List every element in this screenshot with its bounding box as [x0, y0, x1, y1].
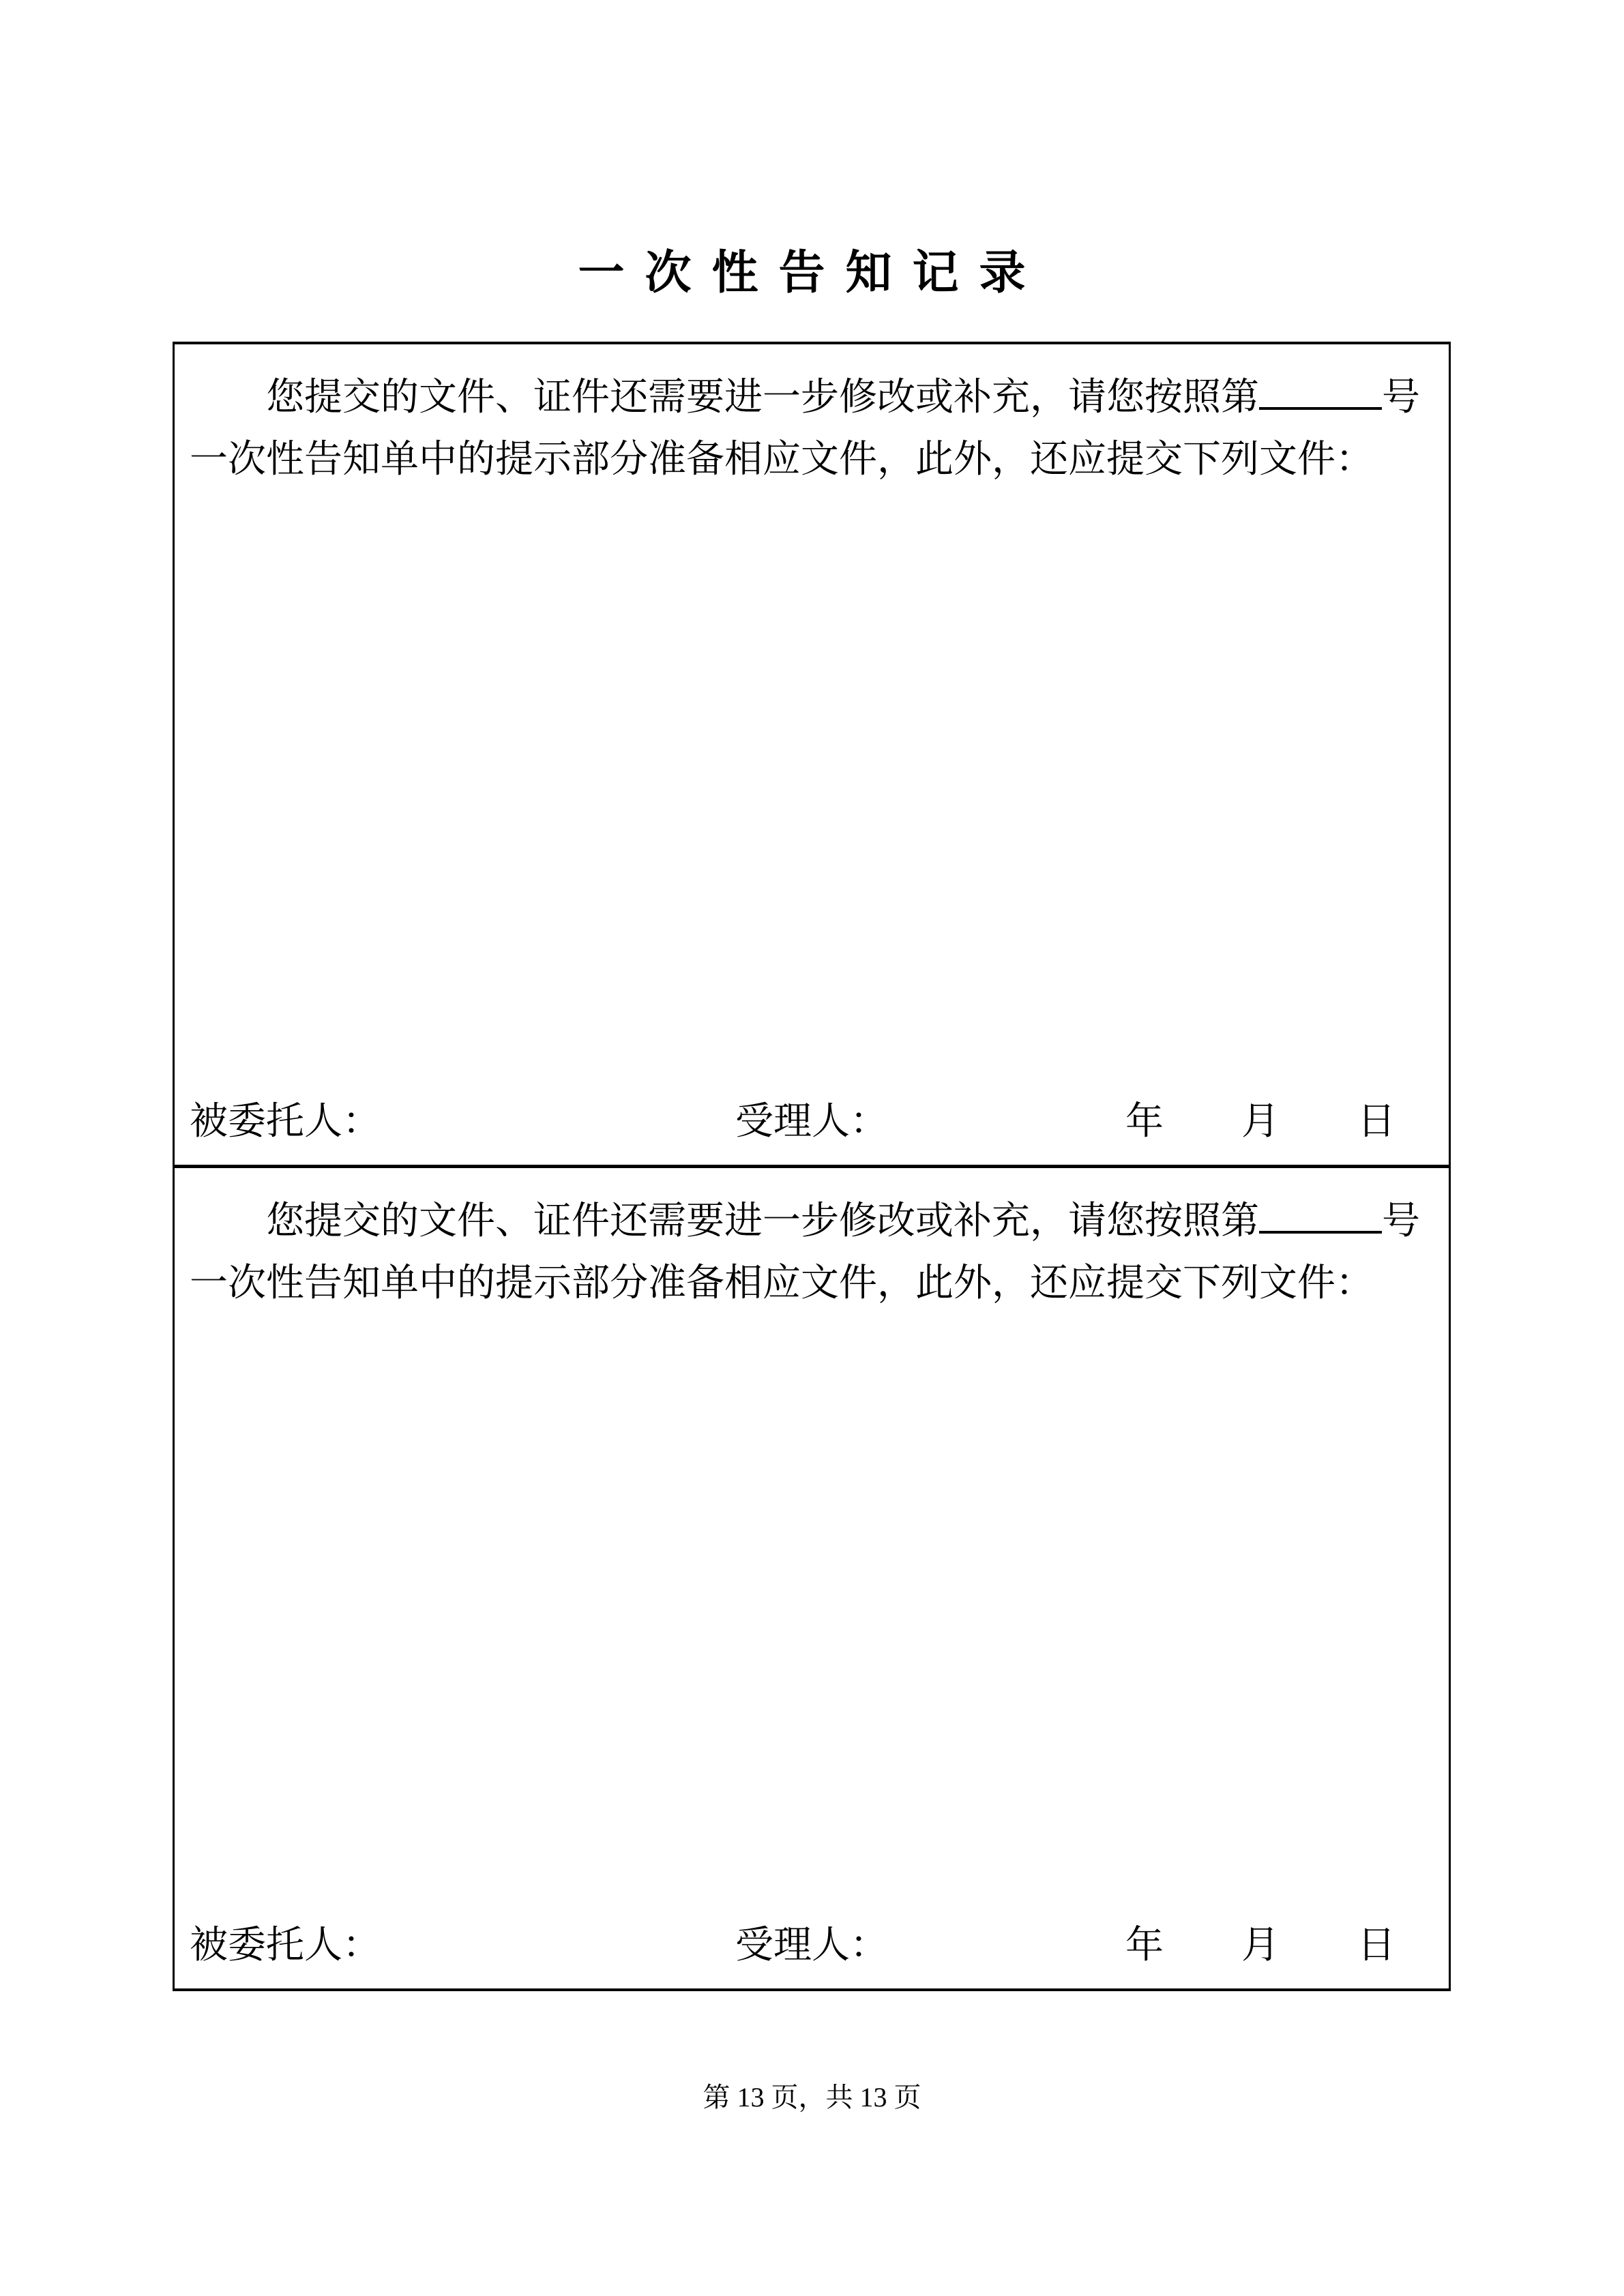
page-number-footer: 第 13 页，共 13 页	[0, 2080, 1624, 2115]
entrusted-person-label: 被委托人：	[190, 1097, 381, 1147]
notice-paragraph: 您提交的文件、证件还需要进一步修改或补充，请您按照第号 一次性告知单中的提示部分…	[190, 367, 1430, 491]
notice-section-2: 您提交的文件、证件还需要进一步修改或补充，请您按照第号 一次性告知单中的提示部分…	[175, 1168, 1449, 1988]
month-label: 月	[1241, 1097, 1280, 1147]
paragraph-text-before-blank: 您提交的文件、证件还需要进一步修改或补充，请您按照第	[266, 376, 1259, 419]
signature-row: 被委托人： 受理人： 年 月 日	[190, 1097, 1430, 1147]
paragraph-text-before-blank: 您提交的文件、证件还需要进一步修改或补充，请您按照第	[266, 1200, 1259, 1242]
paragraph-text-after-blank: 号	[1382, 1200, 1420, 1242]
notice-section-1: 您提交的文件、证件还需要进一步修改或补充，请您按照第号 一次性告知单中的提示部分…	[175, 344, 1449, 1168]
page-title: 一次性告知记录	[0, 245, 1624, 301]
acceptor-label: 受理人：	[735, 1097, 888, 1147]
paragraph-text-after-blank: 号	[1382, 376, 1420, 419]
paragraph-line-1: 您提交的文件、证件还需要进一步修改或补充，请您按照第号	[190, 367, 1430, 429]
acceptor-label: 受理人：	[735, 1921, 888, 1971]
notice-number-blank	[1259, 407, 1382, 410]
document-page: 一次性告知记录 您提交的文件、证件还需要进一步修改或补充，请您按照第号 一次性告…	[0, 0, 1624, 2296]
notice-paragraph: 您提交的文件、证件还需要进一步修改或补充，请您按照第号 一次性告知单中的提示部分…	[190, 1191, 1430, 1315]
entrusted-person-label: 被委托人：	[190, 1921, 381, 1971]
notice-number-blank	[1259, 1231, 1382, 1234]
signature-row: 被委托人： 受理人： 年 月 日	[190, 1921, 1430, 1971]
month-label: 月	[1241, 1921, 1280, 1971]
date-fields: 年 月 日	[1125, 1921, 1396, 1971]
day-label: 日	[1357, 1097, 1396, 1147]
year-label: 年	[1125, 1097, 1164, 1147]
date-fields: 年 月 日	[1125, 1097, 1396, 1147]
day-label: 日	[1357, 1921, 1396, 1971]
year-label: 年	[1125, 1921, 1164, 1971]
paragraph-line-2: 一次性告知单中的提示部分准备相应文件，此外，还应提交下列文件：	[190, 1253, 1430, 1315]
paragraph-line-1: 您提交的文件、证件还需要进一步修改或补充，请您按照第号	[190, 1191, 1430, 1253]
paragraph-line-2: 一次性告知单中的提示部分准备相应文件，此外，还应提交下列文件：	[190, 429, 1430, 491]
notice-record-table: 您提交的文件、证件还需要进一步修改或补充，请您按照第号 一次性告知单中的提示部分…	[173, 342, 1451, 1991]
